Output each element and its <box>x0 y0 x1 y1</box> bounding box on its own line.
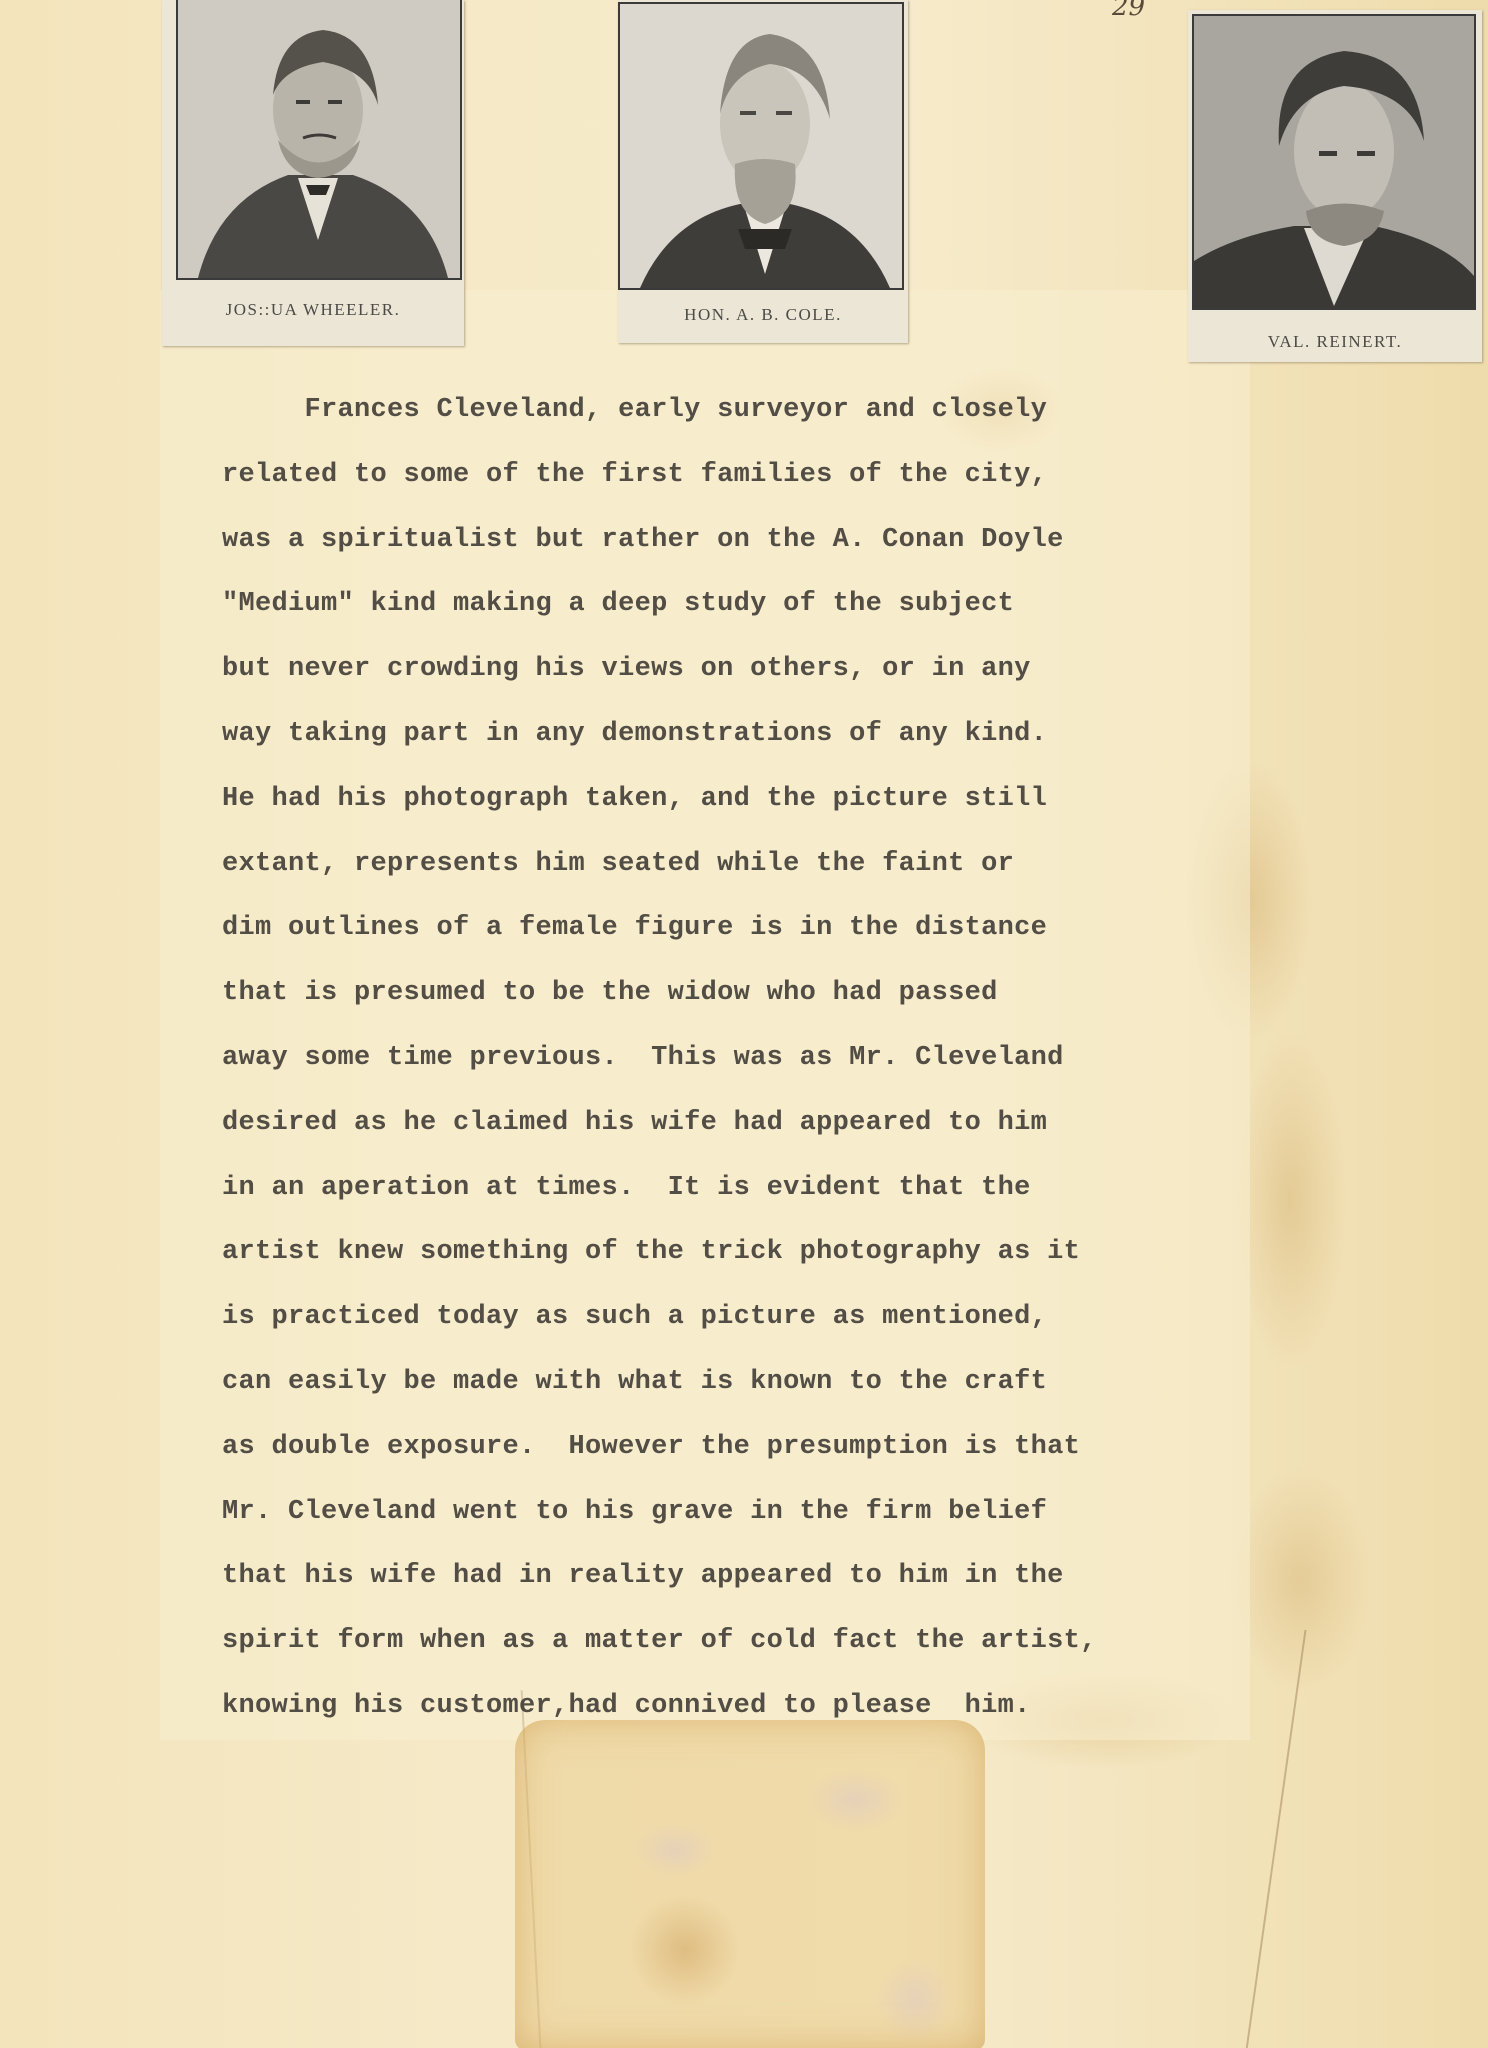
text-line: "Medium" kind making a deep study of the… <box>222 572 1242 637</box>
text-line: related to some of the first families of… <box>222 443 1242 508</box>
text-line: is practiced today as such a picture as … <box>222 1285 1242 1350</box>
portrait-photo <box>1192 14 1476 310</box>
text-line: He had his photograph taken, and the pic… <box>222 767 1242 832</box>
typescript-body: Frances Cleveland, early surveyor and cl… <box>222 378 1242 1739</box>
page-number: 29 <box>1112 0 1145 22</box>
text-line: Frances Cleveland, early surveyor and cl… <box>222 378 1242 443</box>
text-line: that is presumed to be the widow who had… <box>222 961 1242 1026</box>
text-line: spirit form when as a matter of cold fac… <box>222 1609 1242 1674</box>
portrait-caption: VAL. REINERT. <box>1188 332 1482 352</box>
man-portrait-icon <box>178 0 460 278</box>
text-line: was a spiritualist but rather on the A. … <box>222 508 1242 573</box>
text-line: as double exposure. However the presumpt… <box>222 1415 1242 1480</box>
portrait-joshua-wheeler: JOS::UA WHEELER. <box>162 0 464 346</box>
portrait-caption: HON. A. B. COLE. <box>618 305 908 325</box>
man-portrait-icon <box>620 4 902 288</box>
portrait-ab-cole: HON. A. B. COLE. <box>618 0 908 343</box>
text-line: dim outlines of a female figure is in th… <box>222 896 1242 961</box>
text-line: but never crowding his views on others, … <box>222 637 1242 702</box>
text-line: that his wife had in reality appeared to… <box>222 1544 1242 1609</box>
paper-tear <box>1245 1630 1346 2048</box>
text-line: desired as he claimed his wife had appea… <box>222 1091 1242 1156</box>
text-line: way taking part in any demonstrations of… <box>222 702 1242 767</box>
text-line: away some time previous. This was as Mr.… <box>222 1026 1242 1091</box>
text-line: extant, represents him seated while the … <box>222 832 1242 897</box>
portrait-photo <box>176 0 462 280</box>
text-line: in an aperation at times. It is evident … <box>222 1156 1242 1221</box>
removed-photo-glue-stain <box>515 1720 985 2048</box>
text-line: can easily be made with what is known to… <box>222 1350 1242 1415</box>
portrait-photo <box>618 2 904 290</box>
portrait-val-reinert: VAL. REINERT. <box>1188 10 1482 362</box>
text-line: artist knew something of the trick photo… <box>222 1220 1242 1285</box>
scrapbook-page: 29 JOS::UA WHEELER. <box>0 0 1488 2048</box>
portrait-caption: JOS::UA WHEELER. <box>162 300 464 320</box>
text-line: Mr. Cleveland went to his grave in the f… <box>222 1480 1242 1545</box>
man-portrait-icon <box>1194 16 1474 308</box>
